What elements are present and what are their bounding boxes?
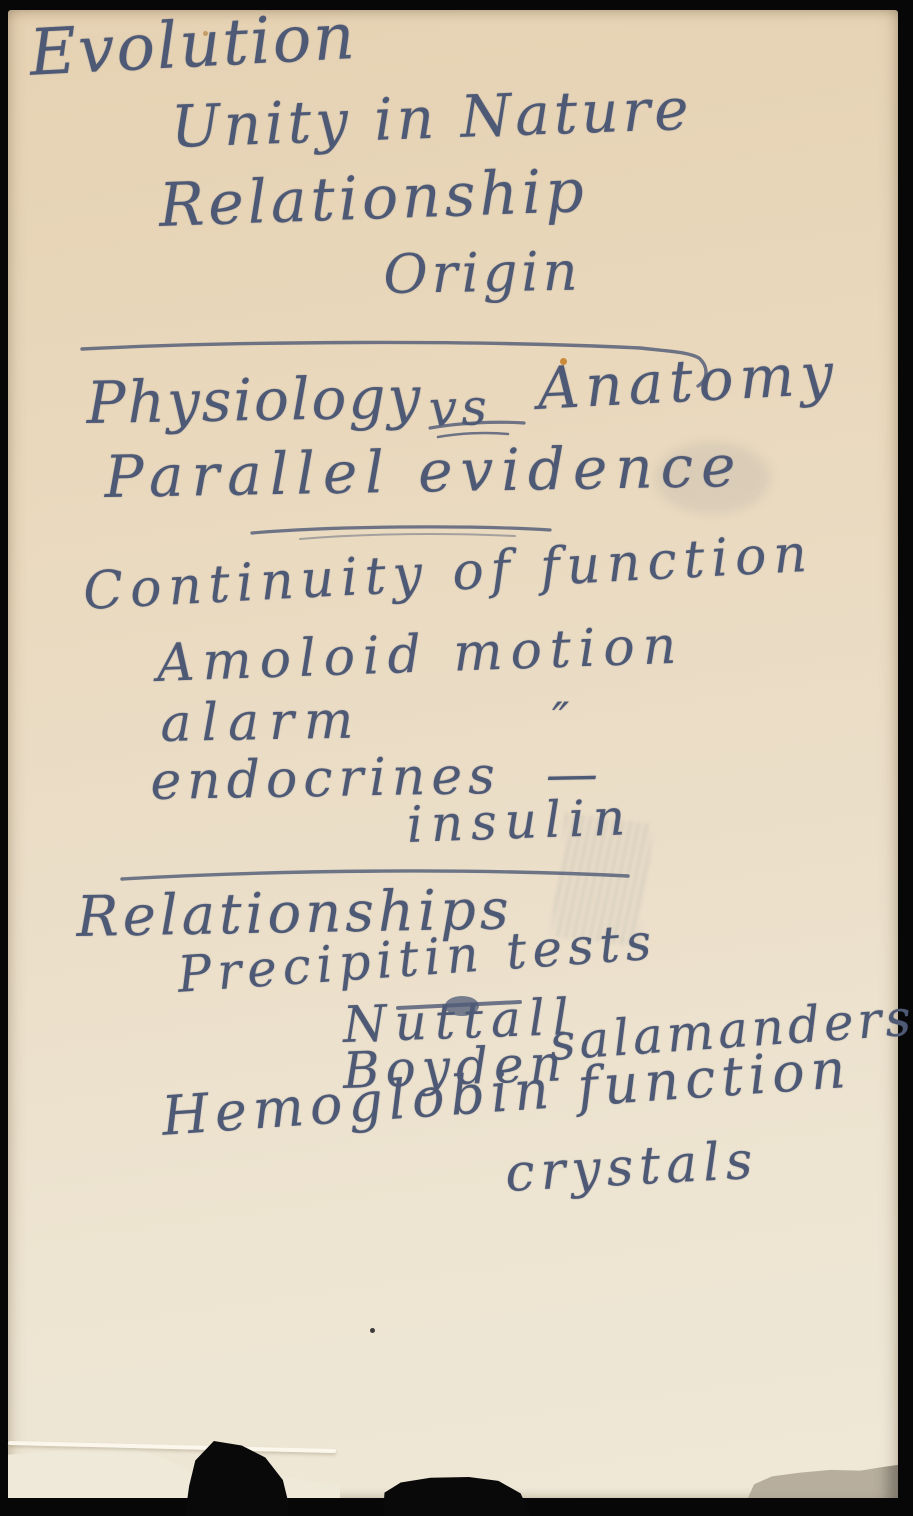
handwritten-line-evolution: Evolution: [28, 5, 358, 86]
scan-background: Evolution Unity in Nature Relationship O…: [0, 0, 913, 1516]
handwritten-line-alarm: alarm: [160, 694, 364, 750]
paper-speck-dark: [370, 1328, 375, 1333]
handwritten-word-anatomy: Anatomy: [536, 344, 840, 418]
handwritten-word-vs: vs: [428, 382, 492, 434]
handwritten-line-crystals: crystals: [504, 1135, 760, 1200]
ditto-marks: ″: [552, 696, 569, 742]
paper-speck: [203, 31, 208, 36]
handwritten-line-origin: Origin: [383, 245, 582, 302]
handwritten-line-unity-in-nature: Unity in Nature: [170, 80, 693, 156]
handwritten-word-physiology: Physiology: [86, 368, 423, 432]
handwritten-line-parallel-evidence: Parallel evidence: [104, 437, 744, 506]
handwritten-line-insulin: insulin: [406, 792, 634, 850]
handwritten-line-relationship: Relationship: [158, 161, 589, 236]
paper-speck-orange: [560, 358, 567, 365]
